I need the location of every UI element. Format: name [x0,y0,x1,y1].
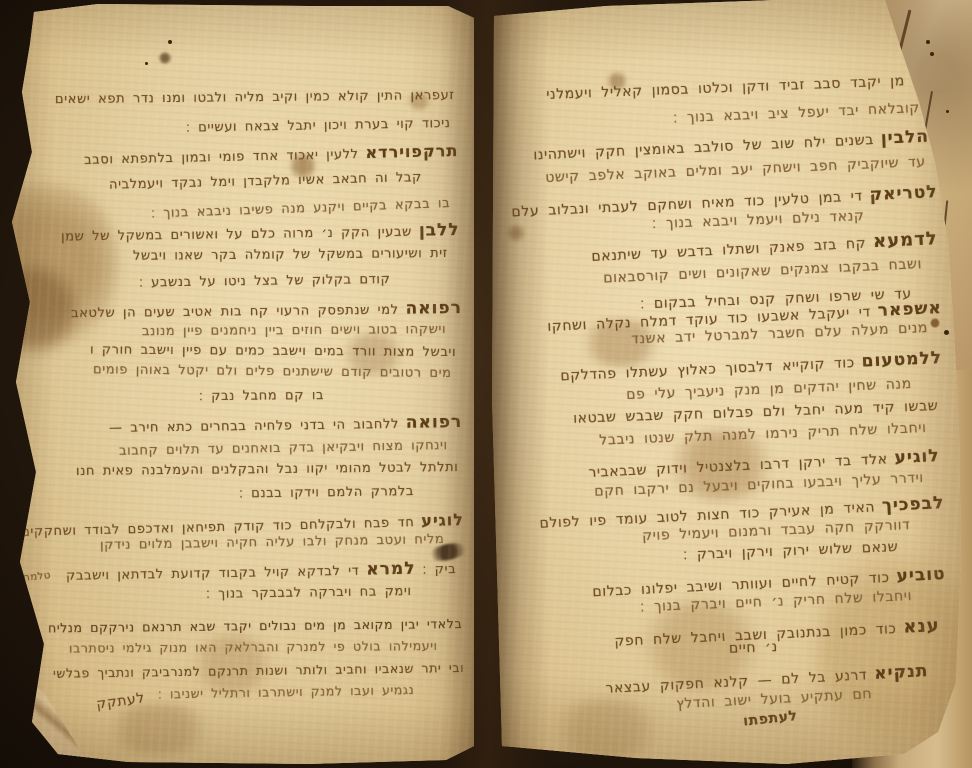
line-text: לעתפתו [743,708,799,730]
line-text: ויעמילהו בולט פי למנרק והברלאק האו מנוק … [69,638,438,656]
text-line: בלאדי יבין מקואב מן מים נבולים יקבד שבא … [48,616,462,635]
text-line: וינחקו מצוח ויבקיאן בדק בואחנים עד תלוים… [119,438,448,459]
text-line: ויבשל מצות וורד במים וישבב כמים עם פיין … [90,342,456,360]
line-text: טלמח ל [10,570,52,585]
line-text: זעפראן התין קולא כמין וקיב מליה ולבטו ומ… [55,88,455,107]
stain [158,52,172,64]
line-text: קובלאח יבד יעפל ציב ויבבא בנוך ׃ [673,100,920,126]
line-text: למי שנתפסק הרעוי קח בות אטיב שעים הן שלט… [71,303,399,321]
recipe-heading: תנקיא [873,661,928,684]
line-text: ביק ׃ [422,562,456,578]
line-text: ובי יתר שנאביו וחביב ולותר ושנות תרנקם ל… [53,660,464,681]
text-line: ללבןשבעין הקק נ׳ מרוה כלם על ואשורים במש… [61,220,460,246]
line-text: זית ושיעורים במשקל של קומלה בקר שאנו ויב… [133,246,448,264]
text-line: ותלתל לבטל מהומי יקוו נבל והבקלנים והעמל… [76,460,458,479]
recipe-heading: אשפאר [878,298,943,321]
text-line: וימק בח ויברקה לבבבקר בנוך ׃ [206,584,412,602]
line-text: וימק בח ויברקה לבבבקר בנוך ׃ [206,584,412,602]
crumpled-corner [2,0,122,105]
stain [546,700,666,760]
paper-speck [145,62,148,65]
recipe-heading: לדמעא [873,228,939,252]
paper-speck [930,52,934,56]
line-text: ללעין יאכוד אחד פומי ובמון בלתפתא וסבב [84,147,359,168]
line-text: שבעין הקק נ׳ מרוה כלם על ואשורים במשקל ש… [61,225,412,245]
recipe-heading: לטריאק [870,182,939,205]
line-text: קודם בקלוק של בצל ניטו על בנשבע ׃ [139,272,391,291]
text-line: נ׳ חיים [729,639,778,657]
text-line: רפואהלמי שנתפסק הרעוי קח בות אטיב שעים ה… [71,298,462,322]
line-text: שנאם שלוש ירוק וירקן ויברק ׃ [683,539,899,563]
line-text: בלאדי יבין מקואב מן מים נבולים יקבד שבא … [48,616,462,635]
text-line: זית ושיעורים במשקל של קומלה בקר שאנו ויב… [133,246,448,264]
line-text: וינחקו מצוח ויבקיאן בדק בואחנים עד תלוים… [119,438,448,459]
paper-speck [168,40,172,44]
text-line: נגמיע ועבו למנק וישתרבו ורתליל ישניבו ׃ [158,682,414,701]
line-text: בו קם מחבל נבק ׃ [199,388,324,404]
line-text: קבל וה חבאב אשיו מלקבדן וימל נבקד ויעמלב… [109,170,422,193]
text-line: קובלאח יבד יעפל ציב ויבבא בנוך ׃ [673,100,920,126]
line-text: ויחבלו שלח תריק נירמו למנה תלק שנטו ניבב… [598,420,926,449]
open-manuscript-book: זעפראן התין קולא כמין וקיב מליה ולבטו ומ… [0,0,972,768]
line-text: ביך מן יקבד סבב זביד ודקן וכלטו בסמון קא… [546,72,935,103]
recipe-heading: תרקפוירדא [365,141,458,162]
paper-speck [944,330,949,335]
text-line: שנאם שלוש ירוק וירקן ויברק ׃ [683,539,899,563]
line-text: וישקהו בטוב וישים חוזים ביין ניחמנים פיי… [142,322,446,339]
text-line: וישקהו בטוב וישים חוזים ביין ניחמנים פיי… [142,322,446,339]
text-line: בו בבקא בקיים ויקנע מנה פשיבו ניבבא בנוך… [151,196,451,221]
text-line: ביק ׃למראדי לבדקא קויל בקבוד קדועת לבדתא… [66,558,456,585]
crumpled-corner [0,646,100,766]
line-text: לעתקק [95,690,146,713]
recipe-heading: ללמטעום [861,348,942,372]
line-text: נגמיע ועבו למנק וישתרבו ורתליל ישניבו ׃ [158,682,414,701]
text-line: מים רטובים קודם שישתנים פלים ולם יקטל בא… [93,362,452,381]
line-text: בלמרק הלמם וידקו בבנם ׃ [239,484,414,501]
text-line: קבל וה חבאב אשיו מלקבדן וימל נבקד ויעמלב… [109,170,422,193]
line-text: בו בבקא בקיים ויקנע מנה פשיבו ניבבא בנוך… [151,196,451,221]
line-text: נ׳ חיים [729,639,778,657]
recipe-heading: לוגיע [421,510,464,530]
right-page: ביך מן יקבד סבב זביד ודקן וכלטו בסמון קא… [486,0,968,766]
recipe-heading: רפואה [406,298,463,319]
stain [0,254,78,364]
line-text: ויבשל מצות וורד במים וישבב כמים עם פיין … [90,342,456,360]
margin-note: טלמח ל [10,570,52,585]
text-line: ויעמילהו בולט פי למנרק והברלאק האו מנוק … [69,638,438,656]
stain [506,225,526,241]
text-line: ובי יתר שנאביו וחביב ולותר ושנות תרנקם ל… [53,660,464,681]
text-line: ויחבלו שלח תריק נירמו למנה תלק שנטו ניבב… [598,420,926,449]
text-line: בלמרק הלמם וידקו בבנם ׃ [239,484,414,501]
line-text: ותלתל לבטל מהומי יקוו נבל והבקלנים והעמל… [76,460,458,479]
catchword: לעתפתו [743,708,799,730]
stain [0,174,118,354]
line-text: ניכוד קוי בערת ויכון יתבל צבאח ועשיים ׃ [185,116,450,136]
line-text: מים רטובים קודם שישתנים פלים ולם יקטל בא… [93,362,452,381]
paper-speck [946,110,949,113]
stain [98,704,218,754]
stain [930,318,940,328]
recipe-heading: למרא [366,559,416,580]
recipe-heading: ללבן [419,220,460,241]
recipe-heading: רפואה [406,412,463,433]
recipe-heading: טוביע [896,564,946,586]
catchword: לעתקק [95,690,146,713]
text-line: זעפראן התין קולא כמין וקיב מליה ולבטו ומ… [55,88,455,107]
text-line: קודם בקלוק של בצל ניטו על בנשבע ׃ [139,272,391,291]
recipe-heading: לבפכיך [881,493,944,516]
recipe-heading: לוגיע [895,446,941,468]
text-line: רפואהללחבוב הי בדני פלחיה בבחרים כתא חיר… [109,412,462,437]
paper-speck [926,40,930,44]
line-text: די לבדקא קויל בקבוד קדועת לבדתאן וישבבק [66,564,360,584]
line-text: ללחבוב הי בדני פלחיה בבחרים כתא חירב — [109,417,399,436]
text-line: בו קם מחבל נבק ׃ [199,388,324,404]
text-line: תרקפוירדאללעין יאכוד אחד פומי ובמון בלתפ… [84,141,459,168]
left-page: זעפראן התין קולא כמין וקיב מליה ולבטו ומ… [8,4,474,764]
text-line: ביך מן יקבד סבב זביד ודקן וכלטו בסמון קא… [546,72,935,103]
text-line: ניכוד קוי בערת ויכון יתבל צבאח ועשיים ׃ [185,116,450,136]
recipe-heading: ענא [903,615,940,638]
